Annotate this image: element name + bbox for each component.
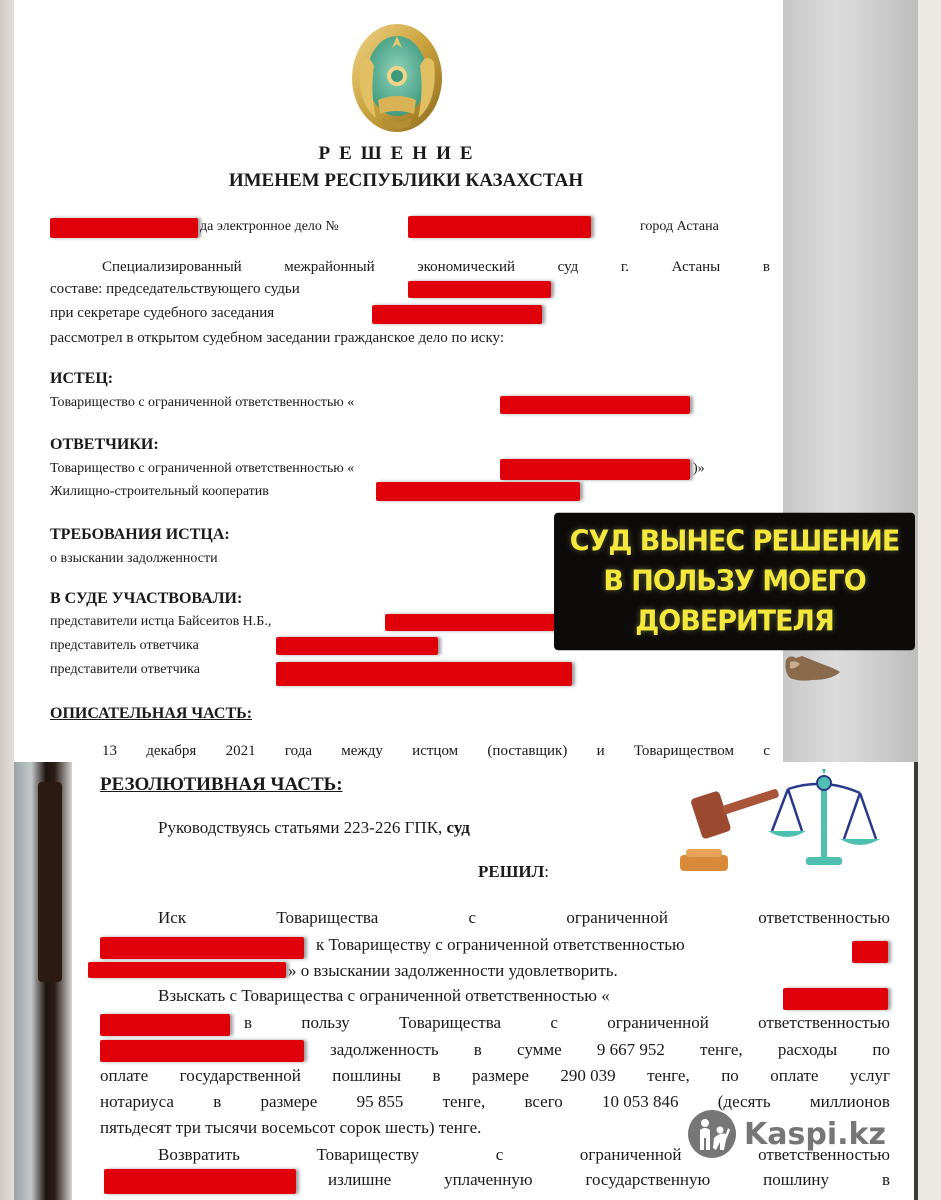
guided-by-court: суд [447,818,470,837]
participant-plaintiff-reps: представители истца Байсеитов Н.Б., [50,614,271,630]
word: Астаны [672,259,721,276]
word: Товарищества [399,1013,501,1033]
defendant-1-end: )» [693,461,705,477]
word: с [469,908,477,928]
kaspi-watermark: Kaspi.kz [688,1110,886,1158]
word: по [721,1066,739,1086]
intro-line-2: составе: председательствующего судьи [50,281,300,298]
word: истцом [412,743,458,760]
redaction-para2-debtor-b [100,1014,230,1036]
defendant-1-text: Товарищество с ограниченной ответственно… [50,461,354,477]
resolutive-heading: РЕЗОЛЮТИВНАЯ ЧАСТЬ: [100,774,343,796]
intro-line-4: рассмотрел в открытом судебном заседании… [50,330,504,347]
defendants-heading: ОТВЕТЧИКИ: [50,436,159,454]
para1-line-1: ИскТовариществасограниченнойответственно… [158,908,890,928]
decided-colon: : [544,862,549,881]
word: между [341,743,383,760]
redaction-defendant-reps [276,662,572,686]
word: ограниченной [607,1013,709,1033]
intro-line-3: при секретаре судебного заседания [50,305,274,322]
word: (поставщик) [487,743,567,760]
word: года [285,743,312,760]
word: размере [260,1092,317,1112]
word: в [763,259,770,276]
intro-line-1: Специализированныймежрайонныйэкономическ… [102,259,770,276]
word: (десять [718,1092,771,1112]
word: с [496,1145,504,1165]
descriptive-line-1: 13декабря2021годамеждуистцом(поставщик)и… [102,743,770,760]
word: по [872,1040,890,1060]
para2-line-3: задолженностьвсумме9 667 952тенге,расход… [330,1040,890,1060]
word: Товарищества [276,908,378,928]
word: услуг [850,1066,890,1086]
word: Товариществу [317,1145,420,1165]
word: уплаченную [444,1170,532,1190]
defendant-2-text: Жилищно-строительный кооператив [50,484,269,500]
word: г. [621,259,629,276]
document-title: РЕШЕНИЕ [0,143,800,165]
word: 2021 [226,743,256,760]
participant-defendant-reps: представители ответчика [50,662,200,678]
chess-piece-icon [782,650,842,688]
overlay-line-3: ДОВЕРИТЕЛЯ [635,601,834,641]
redaction-para1-defendant-a [852,941,888,963]
redaction-defendant-1 [500,459,690,480]
word: с [763,743,770,760]
claims-heading: ТРЕБОВАНИЯ ИСТЦА: [50,526,230,544]
word: и [597,743,605,760]
redaction-para2-debtor-a [783,988,888,1010]
kaspi-watermark-text: Kaspi.kz [744,1117,886,1152]
word: Специализированный [102,259,242,276]
word: с [550,1013,558,1033]
para1-line-3: » о взыскании задолженности удовлетворит… [288,961,618,981]
word: расходы [778,1040,837,1060]
para3-line-2: излишнеуплаченнуюгосударственнуюпошлинув [328,1170,890,1190]
word: в [244,1013,252,1033]
word: ограниченной [580,1145,682,1165]
decided-word: РЕШИЛ [478,862,544,881]
redaction-judge [408,281,551,298]
redaction-plaintiff-reps [385,614,560,631]
word: экономический [417,259,515,276]
overlay-line-2: В ПОЛЬЗУ МОЕГО [603,562,865,602]
word: в [433,1066,441,1086]
document-subtitle: ИМЕНЕМ РЕСПУБЛИКИ КАЗАХСТАН [0,170,812,192]
claims-text: о взыскании задолженности [50,551,218,567]
redaction-case-number [408,216,591,238]
word: межрайонный [284,259,374,276]
participant-defendant-rep: представитель ответчика [50,638,199,654]
redaction-para2-creditor [100,1040,304,1062]
redaction-para1-defendant-b [88,962,286,978]
descriptive-heading: ОПИСАТЕЛЬНАЯ ЧАСТЬ: [50,705,252,723]
redaction-para1-plaintiff [100,937,304,959]
guided-by-text: Руководствуясь статьями 223-226 ГПК, [158,818,447,837]
kazakhstan-emblem-icon [350,22,444,134]
word: всего [524,1092,562,1112]
overlay-line-1: СУД ВЫНЕС РЕШЕНИЕ [570,522,900,562]
redaction-defendant-2 [376,482,580,501]
word: в [882,1170,890,1190]
redaction-defendant-rep [276,637,438,655]
para1-line-2: к Товариществу с ограниченной ответствен… [316,935,685,955]
word: пошлины [332,1066,401,1086]
plaintiff-text: Товарищество с ограниченной ответственно… [50,395,354,411]
word: сумме [517,1040,562,1060]
word: Иск [158,908,186,928]
photo-edge-strip [14,762,72,1200]
word: Товариществом [634,743,734,760]
word: в [474,1040,482,1060]
word: тенге, [700,1040,743,1060]
kaspi-logo-icon [688,1110,736,1158]
word: размере [472,1066,529,1086]
overlay-caption-banner: СУД ВЫНЕС РЕШЕНИЕ В ПОЛЬЗУ МОЕГО ДОВЕРИТ… [554,513,915,651]
word: оплате [770,1066,818,1086]
word: излишне [328,1170,391,1190]
para2-line-5: нотариусавразмере95 855тенге,всего10 053… [100,1092,890,1112]
word: декабря [146,743,196,760]
background-right-edge [918,0,941,1200]
word: 10 053 846 [602,1092,679,1112]
word: суд [558,259,579,276]
word: Возвратить [158,1145,240,1165]
word: 95 855 [357,1092,404,1112]
word: пошлину [763,1170,829,1190]
word: государственной [180,1066,301,1086]
para2-line-2: впользуТовариществасограниченнойответств… [244,1013,890,1033]
guided-by-line: Руководствуясь статьями 223-226 ГПК, суд [158,818,470,838]
word: в [213,1092,221,1112]
redaction-date [50,218,198,238]
word: 13 [102,743,117,760]
city-label: город Астана [640,219,719,235]
word: 9 667 952 [597,1040,665,1060]
word: задолженность [330,1040,439,1060]
word: ограниченной [566,908,668,928]
word: государственную [585,1170,710,1190]
word: ответственностью [758,1013,890,1033]
decided-line: РЕШИЛ: [478,862,549,882]
word: ответственностью [758,908,890,928]
redaction-secretary [372,305,542,324]
word: миллионов [810,1092,890,1112]
gavel-icon [680,773,785,871]
word: 290 039 [560,1066,615,1086]
para2-line-4: оплатегосударственнойпошлинывразмере290 … [100,1066,890,1086]
scales-of-justice-icon [772,783,876,860]
case-number-label: да электронное дело № [200,219,339,235]
participants-heading: В СУДЕ УЧАСТВОВАЛИ: [50,590,242,608]
plaintiff-heading: ИСТЕЦ: [50,370,113,388]
para2-line-6: пятьдесят три тысячи восемьсот сорок шес… [100,1118,481,1138]
redaction-plaintiff [500,396,690,414]
word: тенге, [647,1066,690,1086]
word: нотариуса [100,1092,174,1112]
word: оплате [100,1066,148,1086]
word: пользу [301,1013,349,1033]
gavel-and-scales-illustration [676,765,886,875]
redaction-para3-recipient [104,1169,296,1194]
para2-line-1: Взыскать с Товарищества с ограниченной о… [158,986,610,1006]
word: тенге, [443,1092,486,1112]
